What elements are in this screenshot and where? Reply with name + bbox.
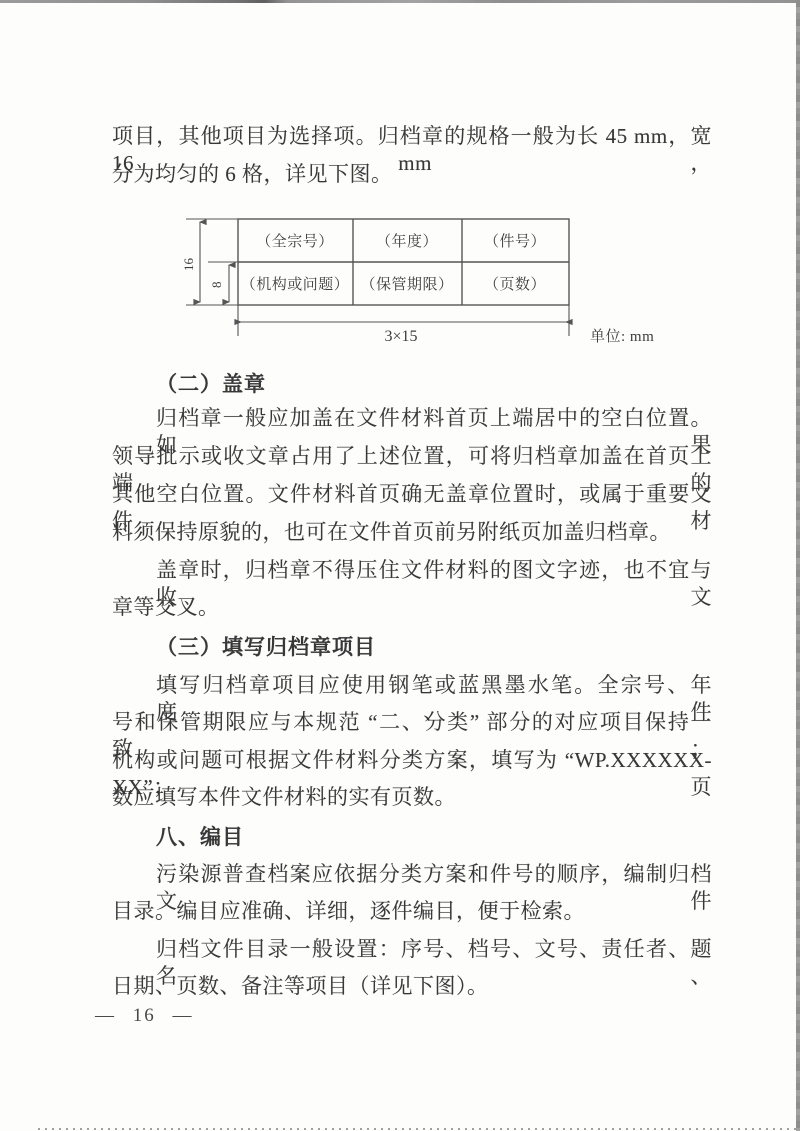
unit-label: 单位: mm: [590, 328, 654, 345]
paragraph-line: 料须保持原貌的，也可在文件首页前另附纸页加盖归档章。: [112, 519, 712, 546]
section-heading-tianxie: （三）填写归档章项目: [156, 634, 376, 661]
cell-jigou: （机构或问题）: [241, 275, 350, 293]
cell-quanzonghao: （全宗号）: [256, 233, 334, 250]
dim-label-16: 16: [181, 258, 196, 272]
paragraph-line: 章等交叉。: [112, 594, 712, 621]
page-number: — 16 —: [95, 1005, 194, 1027]
section-heading-bianmu: 八、编目: [156, 824, 244, 851]
scan-artifact-right-edge: [796, 0, 800, 1131]
cell-baoguanqixian: （保管期限）: [360, 276, 453, 293]
cell-jianhao: （件号）: [484, 233, 546, 250]
cell-niandu: （年度）: [376, 232, 438, 250]
cell-yeshu: （页数）: [484, 276, 546, 293]
section-heading-gaizhang: （二）盖章: [156, 371, 266, 398]
stamp-spec-diagram: （全宗号） （年度） （件号） （机构或问题） （保管期限） （页数） 16 8…: [170, 210, 670, 350]
document-page: 项目，其他项目为选择项。归档章的规格一般为长 45 mm，宽 16 mm， 分为…: [0, 0, 800, 1131]
scan-artifact-top-edge: [0, 0, 800, 3]
paragraph-line: 数应填写本件文件材料的实有页数。: [112, 784, 712, 811]
dim-label-8: 8: [209, 282, 224, 289]
paragraph-line: 日期、页数、备注等项目（详见下图）。: [112, 973, 712, 1000]
paragraph-line: 目录。编目应准确、详细，逐件编目，便于检索。: [112, 898, 712, 925]
paragraph-line: 分为均匀的 6 格，详见下图。: [112, 161, 712, 188]
dim-label-3x15: 3×15: [384, 328, 417, 345]
scan-artifact-bottom-edge: [38, 1128, 800, 1130]
